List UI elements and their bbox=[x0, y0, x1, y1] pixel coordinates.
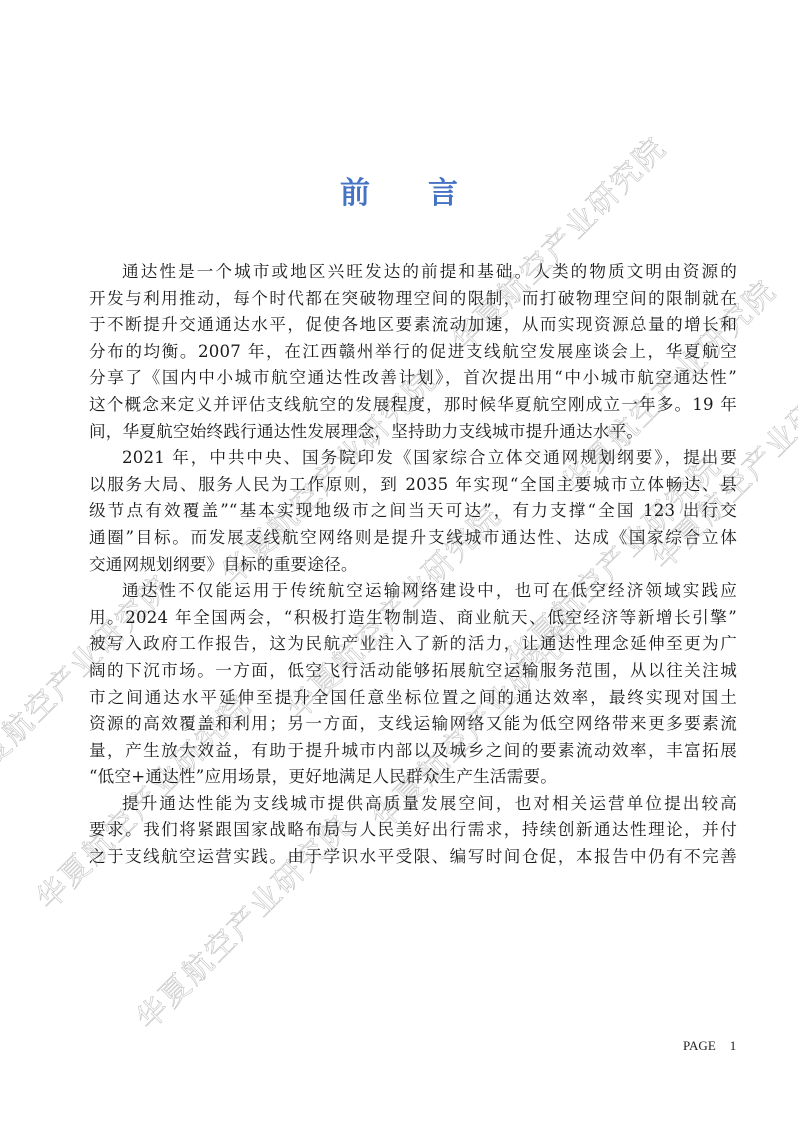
page-title: 前言 bbox=[0, 168, 798, 212]
text-line: 2021 年，中共中央、国务院印发《国家综合立体交通网规划纲要》，提出要 bbox=[89, 445, 737, 472]
text-line: 级节点有效覆盖”“基本实现地级市之间当天可达”，有力支撑“全国 123 出行交 bbox=[89, 498, 737, 525]
text-line: 提升通达性能为支线城市提供高质量发展空间，也对相关运营单位提出较高 bbox=[89, 791, 737, 818]
paragraph: 2021 年，中共中央、国务院印发《国家综合立体交通网规划纲要》，提出要 以服务… bbox=[89, 445, 737, 578]
text-line: 于不断提升交通通达水平，促使各地区要素流动加速，从而实现资源总量的增长和 bbox=[89, 312, 737, 339]
text-line: 交通网规划纲要》目标的重要途径。 bbox=[89, 552, 737, 579]
paragraph: 提升通达性能为支线城市提供高质量发展空间，也对相关运营单位提出较高 要求。我们将… bbox=[89, 791, 737, 871]
text-line: 要求。我们将紧跟国家战略布局与人民美好出行需求，持续创新通达性理论，并付 bbox=[89, 817, 737, 844]
text-line: 以服务大局、服务人民为工作原则，到 2035 年实现“全国主要城市立体畅达、县 bbox=[89, 472, 737, 499]
page-label: PAGE bbox=[683, 1038, 716, 1053]
text-line: 间，华夏航空始终践行通达性发展理念，坚持助力支线城市提升通达水平。 bbox=[89, 419, 737, 446]
text-line: 分布的均衡。2007 年，在江西赣州举行的促进支线航空发展座谈会上，华夏航空 bbox=[89, 339, 737, 366]
text-line: 这个概念来定义并评估支线航空的发展程度，那时候华夏航空刚成立一年多。19 年 bbox=[89, 392, 737, 419]
text-line: 用。2024 年全国两会，“积极打造生物制造、商业航天、低空经济等新增长引擎” bbox=[89, 605, 737, 632]
paragraph: 通达性是一个城市或地区兴旺发达的前提和基础。人类的物质文明由资源的 开发与利用推… bbox=[89, 259, 737, 445]
text-line: 通达性不仅能运用于传统航空运输网络建设中，也可在低空经济领域实践应 bbox=[89, 578, 737, 605]
page-footer: PAGE1 bbox=[683, 1038, 736, 1054]
text-line: 市之间通达水平延伸至提升全国任意坐标位置之间的通达效率，最终实现对国土 bbox=[89, 685, 737, 712]
text-line: 通达性是一个城市或地区兴旺发达的前提和基础。人类的物质文明由资源的 bbox=[89, 259, 737, 286]
text-line: 之于支线航空运营实践。由于学识水平受限、编写时间仓促，本报告中仍有不完善 bbox=[89, 844, 737, 871]
text-line: 通圈”目标。而发展支线航空网络则是提升支线城市通达性、达成《国家综合立体 bbox=[89, 525, 737, 552]
body-text: 通达性是一个城市或地区兴旺发达的前提和基础。人类的物质文明由资源的 开发与利用推… bbox=[89, 259, 737, 871]
title-char: 前 bbox=[340, 168, 370, 212]
paragraph: 通达性不仅能运用于传统航空运输网络建设中，也可在低空经济领域实践应 用。2024… bbox=[89, 578, 737, 791]
text-line: 量，产生放大效益，有助于提升城市内部以及城乡之间的要素流动效率，丰富拓展 bbox=[89, 738, 737, 765]
text-line: 开发与利用推动，每个时代都在突破物理空间的限制，而打破物理空间的限制就在 bbox=[89, 286, 737, 313]
text-line: 阔的下沉市场。一方面，低空飞行活动能够拓展航空运输服务范围，从以往关注城 bbox=[89, 658, 737, 685]
text-line: 资源的高效覆盖和利用；另一方面，支线运输网络又能为低空网络带来更多要素流 bbox=[89, 711, 737, 738]
text-line: “低空+通达性”应用场景，更好地满足人民群众生产生活需要。 bbox=[89, 764, 737, 791]
document-page: 华夏航空产业研究院 华夏航空产业研究院 华夏航空产业研究院 华夏航空产业研究院 … bbox=[0, 0, 798, 1122]
text-line: 分享了《国内中小城市航空通达性改善计划》，首次提出用“中小城市航空通达性” bbox=[89, 365, 737, 392]
text-line: 被写入政府工作报告，这为民航产业注入了新的活力，让通达性理念延伸至更为广 bbox=[89, 631, 737, 658]
title-char: 言 bbox=[428, 168, 458, 212]
page-number: 1 bbox=[730, 1038, 737, 1053]
